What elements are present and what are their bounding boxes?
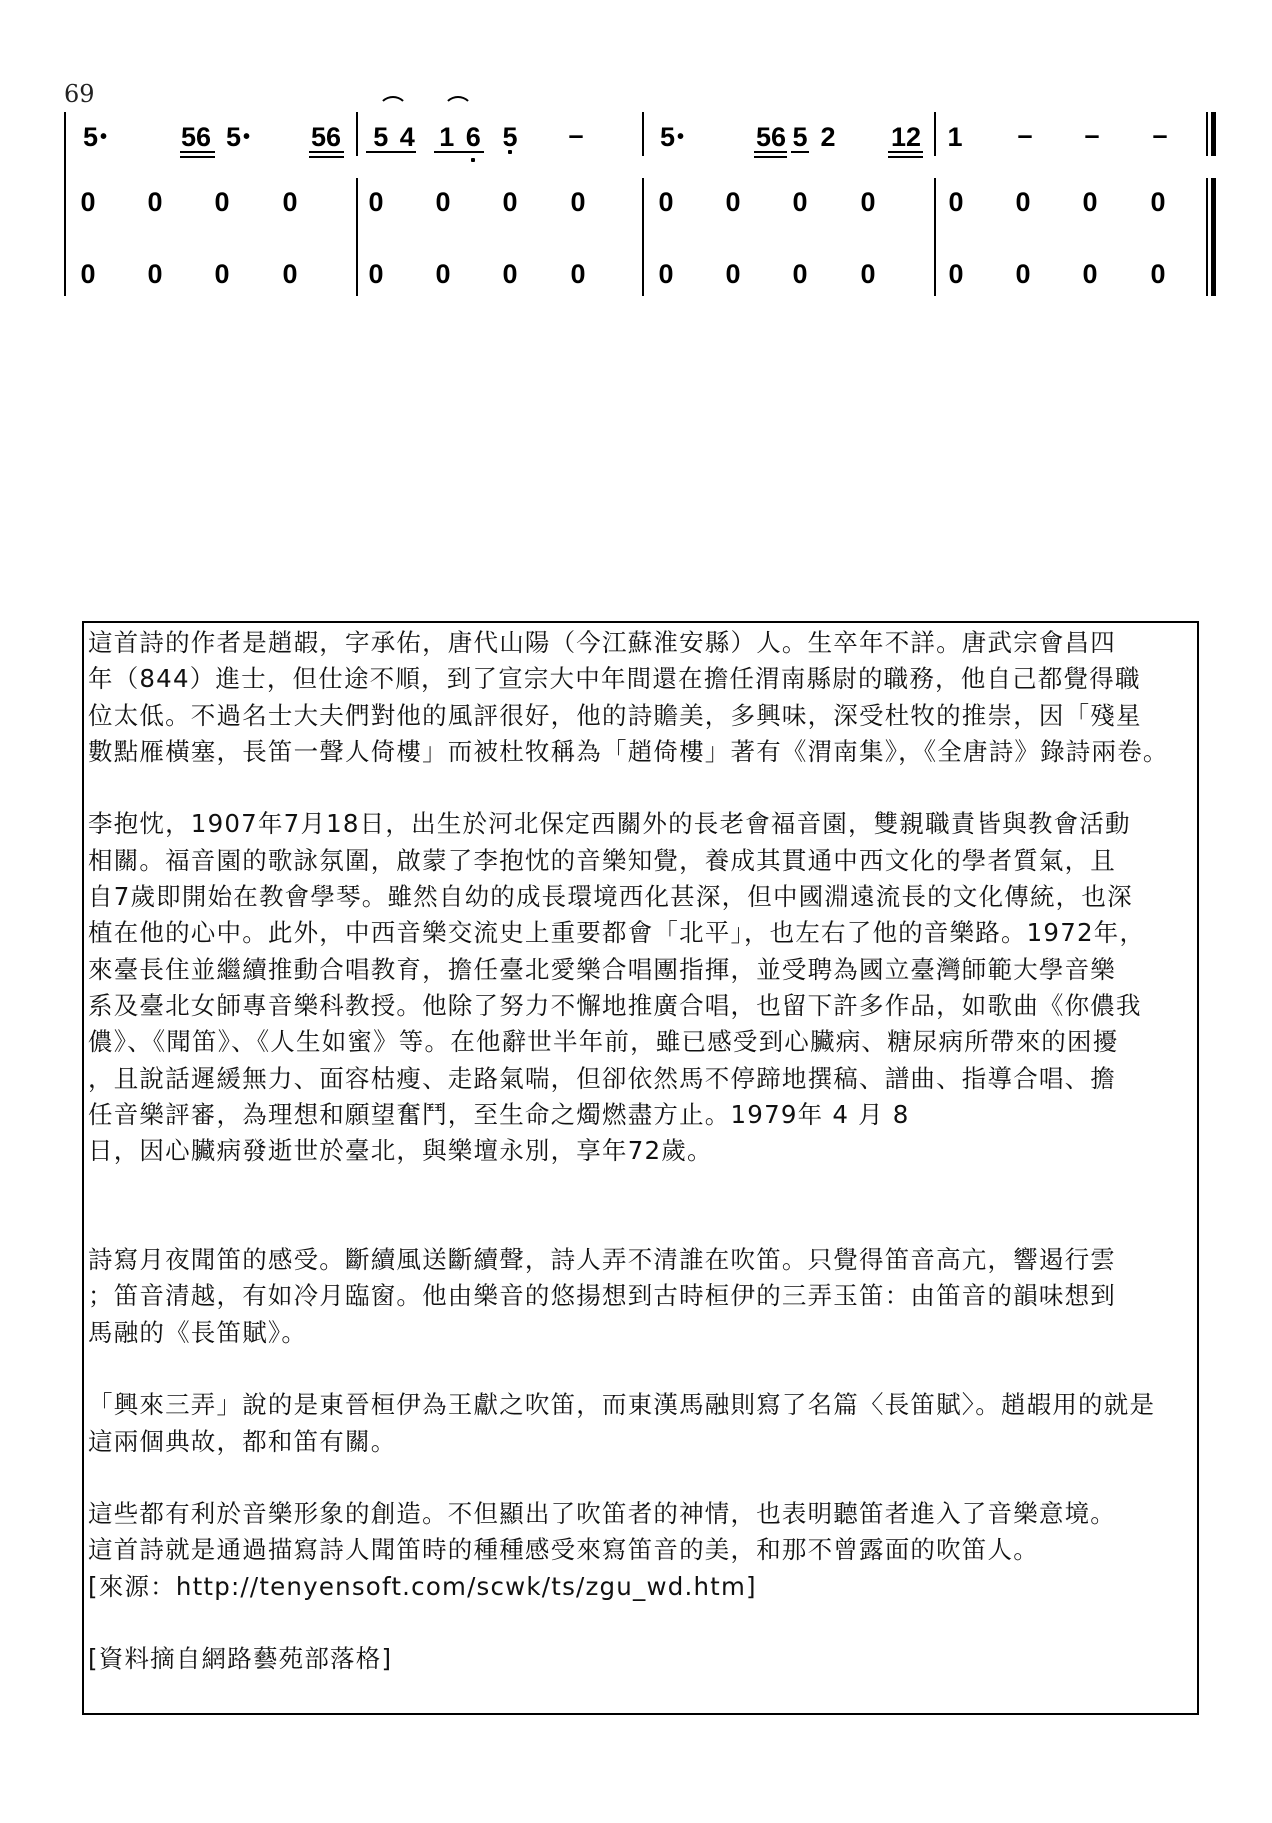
text-line: 這兩個典故，都和笛有關。	[88, 1424, 1191, 1460]
paragraph-composer: 李抱忱，1907年7月18日，出生於河北保定西關外的長老會福音園，雙親職責皆與教…	[88, 806, 1191, 1169]
text-line: 系及臺北女師專音樂科教授。他除了努力不懈地推廣合唱，也留下許多作品，如歌曲《你儂…	[88, 988, 1191, 1024]
rest: 0	[1082, 187, 1097, 217]
rest: 0	[1015, 259, 1030, 289]
barline	[356, 112, 358, 156]
note-dash: –	[1084, 120, 1099, 150]
text-line: ；笛音清越，有如冷月臨窗。他由樂音的悠揚想到古時桓伊的三弄玉笛：由笛音的韻味想到	[88, 1278, 1191, 1314]
final-barline-thick	[1211, 178, 1216, 296]
text-line: 年（844）進士，但仕途不順，到了宣宗大中年間還在擔任渭南縣尉的職務，他自己都覺…	[88, 661, 1191, 697]
text-line: 儂》、《聞笛》、《人生如蜜》等。在他辭世半年前，雖已感受到心臟病、糖尿病所帶來的…	[88, 1024, 1191, 1060]
underline	[366, 151, 416, 153]
rest: 0	[435, 259, 450, 289]
note-digit: 56	[181, 122, 211, 152]
underline	[309, 156, 344, 158]
rest: 0	[368, 187, 383, 217]
final-barline-thin	[1206, 178, 1208, 296]
rest: 0	[658, 187, 673, 217]
text-line: 自7歲即開始在教會學琴。雖然自幼的成長環境西化甚深，但中國淵遠流長的文化傳統，也…	[88, 879, 1191, 915]
text-line: 位太低。不過名士大夫們對他的風評很好，他的詩贍美，多興味，深受杜牧的推崇，因「殘…	[88, 698, 1191, 734]
note: 2	[820, 122, 835, 152]
rest: 0	[502, 187, 517, 217]
text-line: 「興來三弄」說的是東晉桓伊為王獻之吹笛，而東漢馬融則寫了名篇〈長笛賦〉。趙嘏用的…	[88, 1387, 1191, 1423]
note-dash: –	[1152, 120, 1167, 150]
text-line: 任音樂評審，為理想和願望奮鬥，至生命之燭燃盡方止。1979年 4 月 8	[88, 1097, 1191, 1133]
barline	[934, 112, 936, 156]
text-line: ，且說話遲緩無力、面容枯瘦、走路氣喘，但卻依然馬不停蹄地撰稿、譜曲、指導合唱、擔	[88, 1061, 1191, 1097]
barline	[64, 112, 66, 156]
barline	[642, 112, 644, 156]
paragraph-gap	[88, 1351, 1191, 1387]
rest: 0	[948, 259, 963, 289]
note: 56	[311, 122, 341, 152]
slur	[378, 96, 408, 110]
note-digit: 5	[792, 122, 807, 152]
text-line: 這首詩的作者是趙嘏，字承佑，唐代山陽（今江蘇淮安縣）人。生卒年不詳。唐武宗會昌四	[88, 625, 1191, 661]
rest: 0	[725, 187, 740, 217]
rest: 0	[792, 259, 807, 289]
rest: 0	[658, 259, 673, 289]
rest: 0	[80, 259, 95, 289]
note: 12	[891, 122, 921, 152]
rest: 0	[860, 187, 875, 217]
text-line: 相關。福音園的歌詠氛圍，啟蒙了李抱忱的音樂知覺，養成其貫通中西文化的學者質氣，且	[88, 843, 1191, 879]
underline	[754, 156, 787, 158]
rest: 0	[570, 259, 585, 289]
note-digit: 5	[226, 122, 241, 152]
note: 5•	[226, 122, 250, 155]
underline	[754, 151, 787, 153]
paragraph-gap	[88, 770, 1191, 806]
low-octave-dot	[471, 158, 475, 162]
underline	[888, 156, 923, 158]
note: 1 6	[439, 122, 481, 152]
paragraph-poem-feeling: 詩寫月夜聞笛的感受。斷續風送斷續聲，詩人弄不清誰在吹笛。只覺得笛音高亢，響遏行雲…	[88, 1242, 1191, 1351]
article-box: 這首詩的作者是趙嘏，字承佑，唐代山陽（今江蘇淮安縣）人。生卒年不詳。唐武宗會昌四…	[82, 621, 1199, 1715]
note-digit: 56	[756, 122, 786, 152]
text-line: 馬融的《長笛賦》。	[88, 1315, 1191, 1351]
text-line: 數點雁橫塞，長笛一聲人倚樓」而被杜牧稱為「趙倚樓」著有《渭南集》，《全唐詩》錄詩…	[88, 734, 1191, 770]
note-digit: 1	[947, 122, 962, 152]
note: 1	[947, 122, 962, 152]
rest: 0	[147, 187, 162, 217]
rest: 0	[570, 187, 585, 217]
barline	[356, 178, 358, 296]
dash: –	[1084, 120, 1099, 150]
text-line: 這些都有利於音樂形象的創造。不但顯出了吹笛者的神情，也表明聽笛者進入了音樂意境。	[88, 1496, 1191, 1532]
rest: 0	[435, 187, 450, 217]
underline	[309, 151, 344, 153]
text-line: 植在他的心中。此外，中西音樂交流史上重要都會「北平」，也左右了他的音樂路。197…	[88, 915, 1191, 951]
paragraph-author: 這首詩的作者是趙嘏，字承佑，唐代山陽（今江蘇淮安縣）人。生卒年不詳。唐武宗會昌四…	[88, 625, 1191, 770]
rest: 0	[1082, 259, 1097, 289]
paragraph-gap	[88, 1460, 1191, 1496]
dash: –	[1017, 120, 1032, 150]
dash: –	[1152, 120, 1167, 150]
page: 69 5• 56 5• 56 5 4 1 6 5 –	[0, 0, 1272, 1823]
note-digit: 56	[311, 122, 341, 152]
note-digit: 2	[820, 122, 835, 152]
source-link[interactable]: [來源：http://tenyensoft.com/scwk/ts/zgu_wd…	[88, 1569, 1191, 1605]
note-digit: 5	[502, 122, 517, 152]
rest: 0	[948, 187, 963, 217]
note-digit: 12	[891, 122, 921, 152]
note-digit: 5 4	[373, 122, 415, 152]
credit-line: [資料摘自網路藝苑部落格]	[88, 1641, 1191, 1677]
rest: 0	[80, 187, 95, 217]
augmentation-dot: •	[243, 126, 250, 148]
text-line: 這首詩就是通過描寫詩人聞笛時的種種感受來寫笛音的美，和那不曾露面的吹笛人。	[88, 1532, 1191, 1568]
rest: 0	[502, 259, 517, 289]
underline	[888, 151, 923, 153]
augmentation-dot: •	[677, 126, 684, 148]
rest: 0	[1015, 187, 1030, 217]
barline	[64, 156, 66, 296]
rest: 0	[792, 187, 807, 217]
note: 5 4	[373, 122, 415, 152]
final-barline-thin	[1206, 112, 1208, 156]
rest: 0	[147, 259, 162, 289]
rest: 0	[860, 259, 875, 289]
dash: –	[568, 120, 583, 150]
paragraph-gap	[88, 1605, 1191, 1641]
paragraph-summary: 這些都有利於音樂形象的創造。不但顯出了吹笛者的神情，也表明聽笛者進入了音樂意境。…	[88, 1496, 1191, 1605]
rest: 0	[368, 259, 383, 289]
note: 5	[792, 122, 807, 152]
note: 56	[181, 122, 211, 152]
note-dash: –	[568, 120, 583, 150]
measure-number: 69	[64, 80, 95, 108]
note: 5	[502, 122, 517, 152]
augmentation-dot: •	[100, 126, 107, 148]
note-dash: –	[1017, 120, 1032, 150]
underline	[180, 156, 215, 158]
low-octave-dot	[508, 150, 512, 154]
note: 56	[756, 122, 786, 152]
note-digit: 5	[83, 122, 98, 152]
final-barline-thick	[1211, 112, 1216, 156]
rest: 0	[282, 187, 297, 217]
text-line: 日，因心臟病發逝世於臺北，與樂壇永別，享年72歲。	[88, 1133, 1191, 1169]
barline	[934, 178, 936, 296]
paragraph-credit: [資料摘自網路藝苑部落格]	[88, 1641, 1191, 1677]
underline	[434, 151, 484, 153]
slur	[443, 96, 473, 110]
underline	[180, 151, 215, 153]
note: 5•	[83, 122, 107, 155]
text-line: 詩寫月夜聞笛的感受。斷續風送斷續聲，詩人弄不清誰在吹笛。只覺得笛音高亢，響遏行雲	[88, 1242, 1191, 1278]
note-digit: 1 6	[439, 122, 481, 152]
text-line: 李抱忱，1907年7月18日，出生於河北保定西關外的長老會福音園，雙親職責皆與教…	[88, 806, 1191, 842]
note-digit: 5	[660, 122, 675, 152]
text-line: 來臺長住並繼續推動合唱教育，擔任臺北愛樂合唱團指揮，並受聘為國立臺灣師範大學音樂	[88, 952, 1191, 988]
underline	[791, 151, 809, 153]
rest: 0	[1150, 187, 1165, 217]
paragraph-gap	[88, 1169, 1191, 1242]
rest: 0	[214, 259, 229, 289]
barline	[642, 178, 644, 296]
note: 5•	[660, 122, 684, 155]
paragraph-allusion: 「興來三弄」說的是東晉桓伊為王獻之吹笛，而東漢馬融則寫了名篇〈長笛賦〉。趙嘏用的…	[88, 1387, 1191, 1460]
rest: 0	[725, 259, 740, 289]
rest: 0	[282, 259, 297, 289]
rest: 0	[1150, 259, 1165, 289]
rest: 0	[214, 187, 229, 217]
